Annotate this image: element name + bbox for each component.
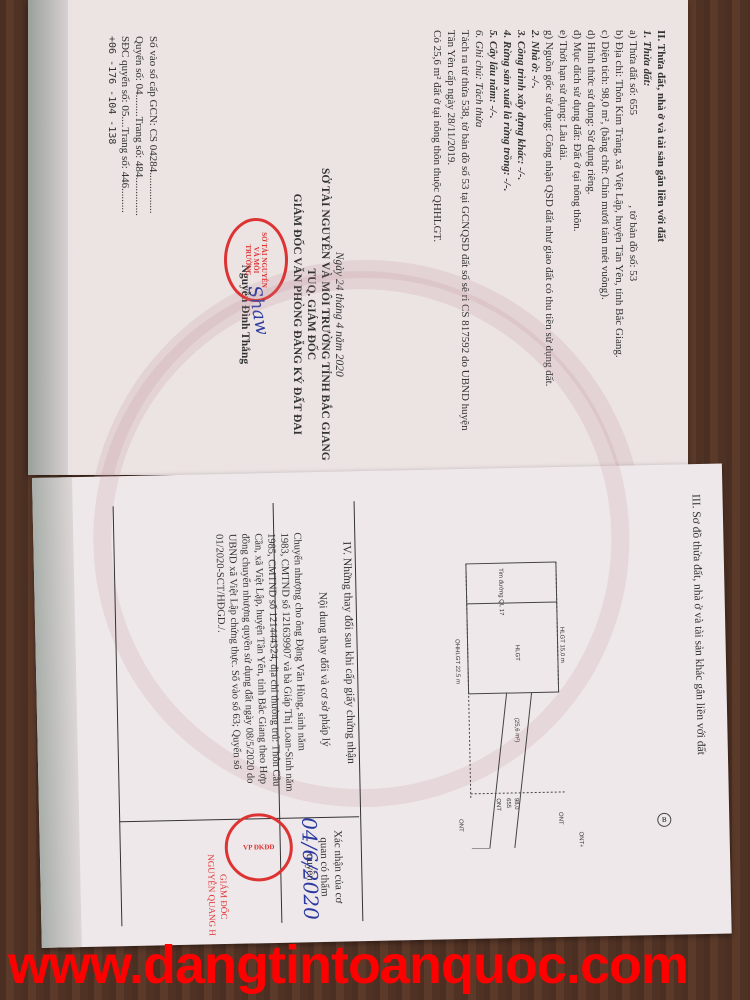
road-center-label: Tim đường QL 17 <box>497 568 504 616</box>
transfer-content: Chuyển nhượng cho ông Đặng Văn Hùng, sin… <box>212 532 308 793</box>
hlgt-width-label: HLGT 15,0 m <box>558 627 565 663</box>
map-sheet-number: , tờ bản đồ số: 53 <box>627 205 639 281</box>
parcel-use-label: ONT <box>495 798 501 811</box>
page-edge-shadow <box>28 0 68 475</box>
book-page-number: Quyển số: 04........Trang số: 484.......… <box>132 36 146 216</box>
page-edge-shadow <box>32 477 82 948</box>
sub-area-label: (25,6 m²) <box>513 718 520 742</box>
area: c) Diện tích: 98,0 m², (bằng chữ: Chín m… <box>598 30 612 431</box>
neighbor-ont-2: ONT <box>557 812 563 825</box>
handwritten-approval-date: 04/6/2020 <box>297 817 323 920</box>
usage-form: d) Hình thức sử dụng: Sử dụng riêng. <box>584 30 598 431</box>
certificate-page-bottom: III. Sơ đồ thửa đất, nhà ở và tài sản kh… <box>32 464 732 948</box>
section-iii-heading: III. Sơ đồ thửa đất, nhà ở và tài sản kh… <box>688 494 707 755</box>
north-arrow-icon: B <box>657 813 671 827</box>
usage-purpose: đ) Mục đích sử dụng đất: Đất ở tại nông … <box>570 30 584 431</box>
section-ii-heading: II. Thửa đất, nhà ở và tài sản gắn liền … <box>654 30 668 431</box>
land-parcel-label: 1. Thửa đất: <box>640 30 654 431</box>
handwritten-code: +06 -176 -104 -138 <box>104 36 118 216</box>
land-plot-diagram: HLGT Tim đường QL 17 HLGT 15,0 m QHHLGT … <box>454 546 610 849</box>
parcel-number-label: 655 <box>505 798 511 809</box>
neighbor-ont-1: ONT <box>457 819 463 832</box>
gcn-registry-number: Số vào sổ cấp GCN: CS 04284.............… <box>146 36 160 216</box>
registry-block: Số vào sổ cấp GCN: CS 04284.............… <box>104 36 160 216</box>
hlgt-zone-label: HLGT <box>514 645 520 661</box>
address: b) Địa chỉ: Thôn Kim Tràng, xã Việt Lập,… <box>612 30 626 431</box>
website-watermark: www.dangtintoanquoc.com <box>8 935 688 995</box>
sdc-book-page-number: SĐC quyển số: 05....Trang số: 446.......… <box>118 36 132 216</box>
neighbor-ont-cln: ONT+CLN <box>578 832 585 850</box>
parcel-area-label: 98,0 <box>513 798 519 810</box>
parcel-number: a) Thửa đất số: 655 <box>627 30 639 115</box>
approver-name: NGUYỄN QUANG H <box>204 854 220 936</box>
